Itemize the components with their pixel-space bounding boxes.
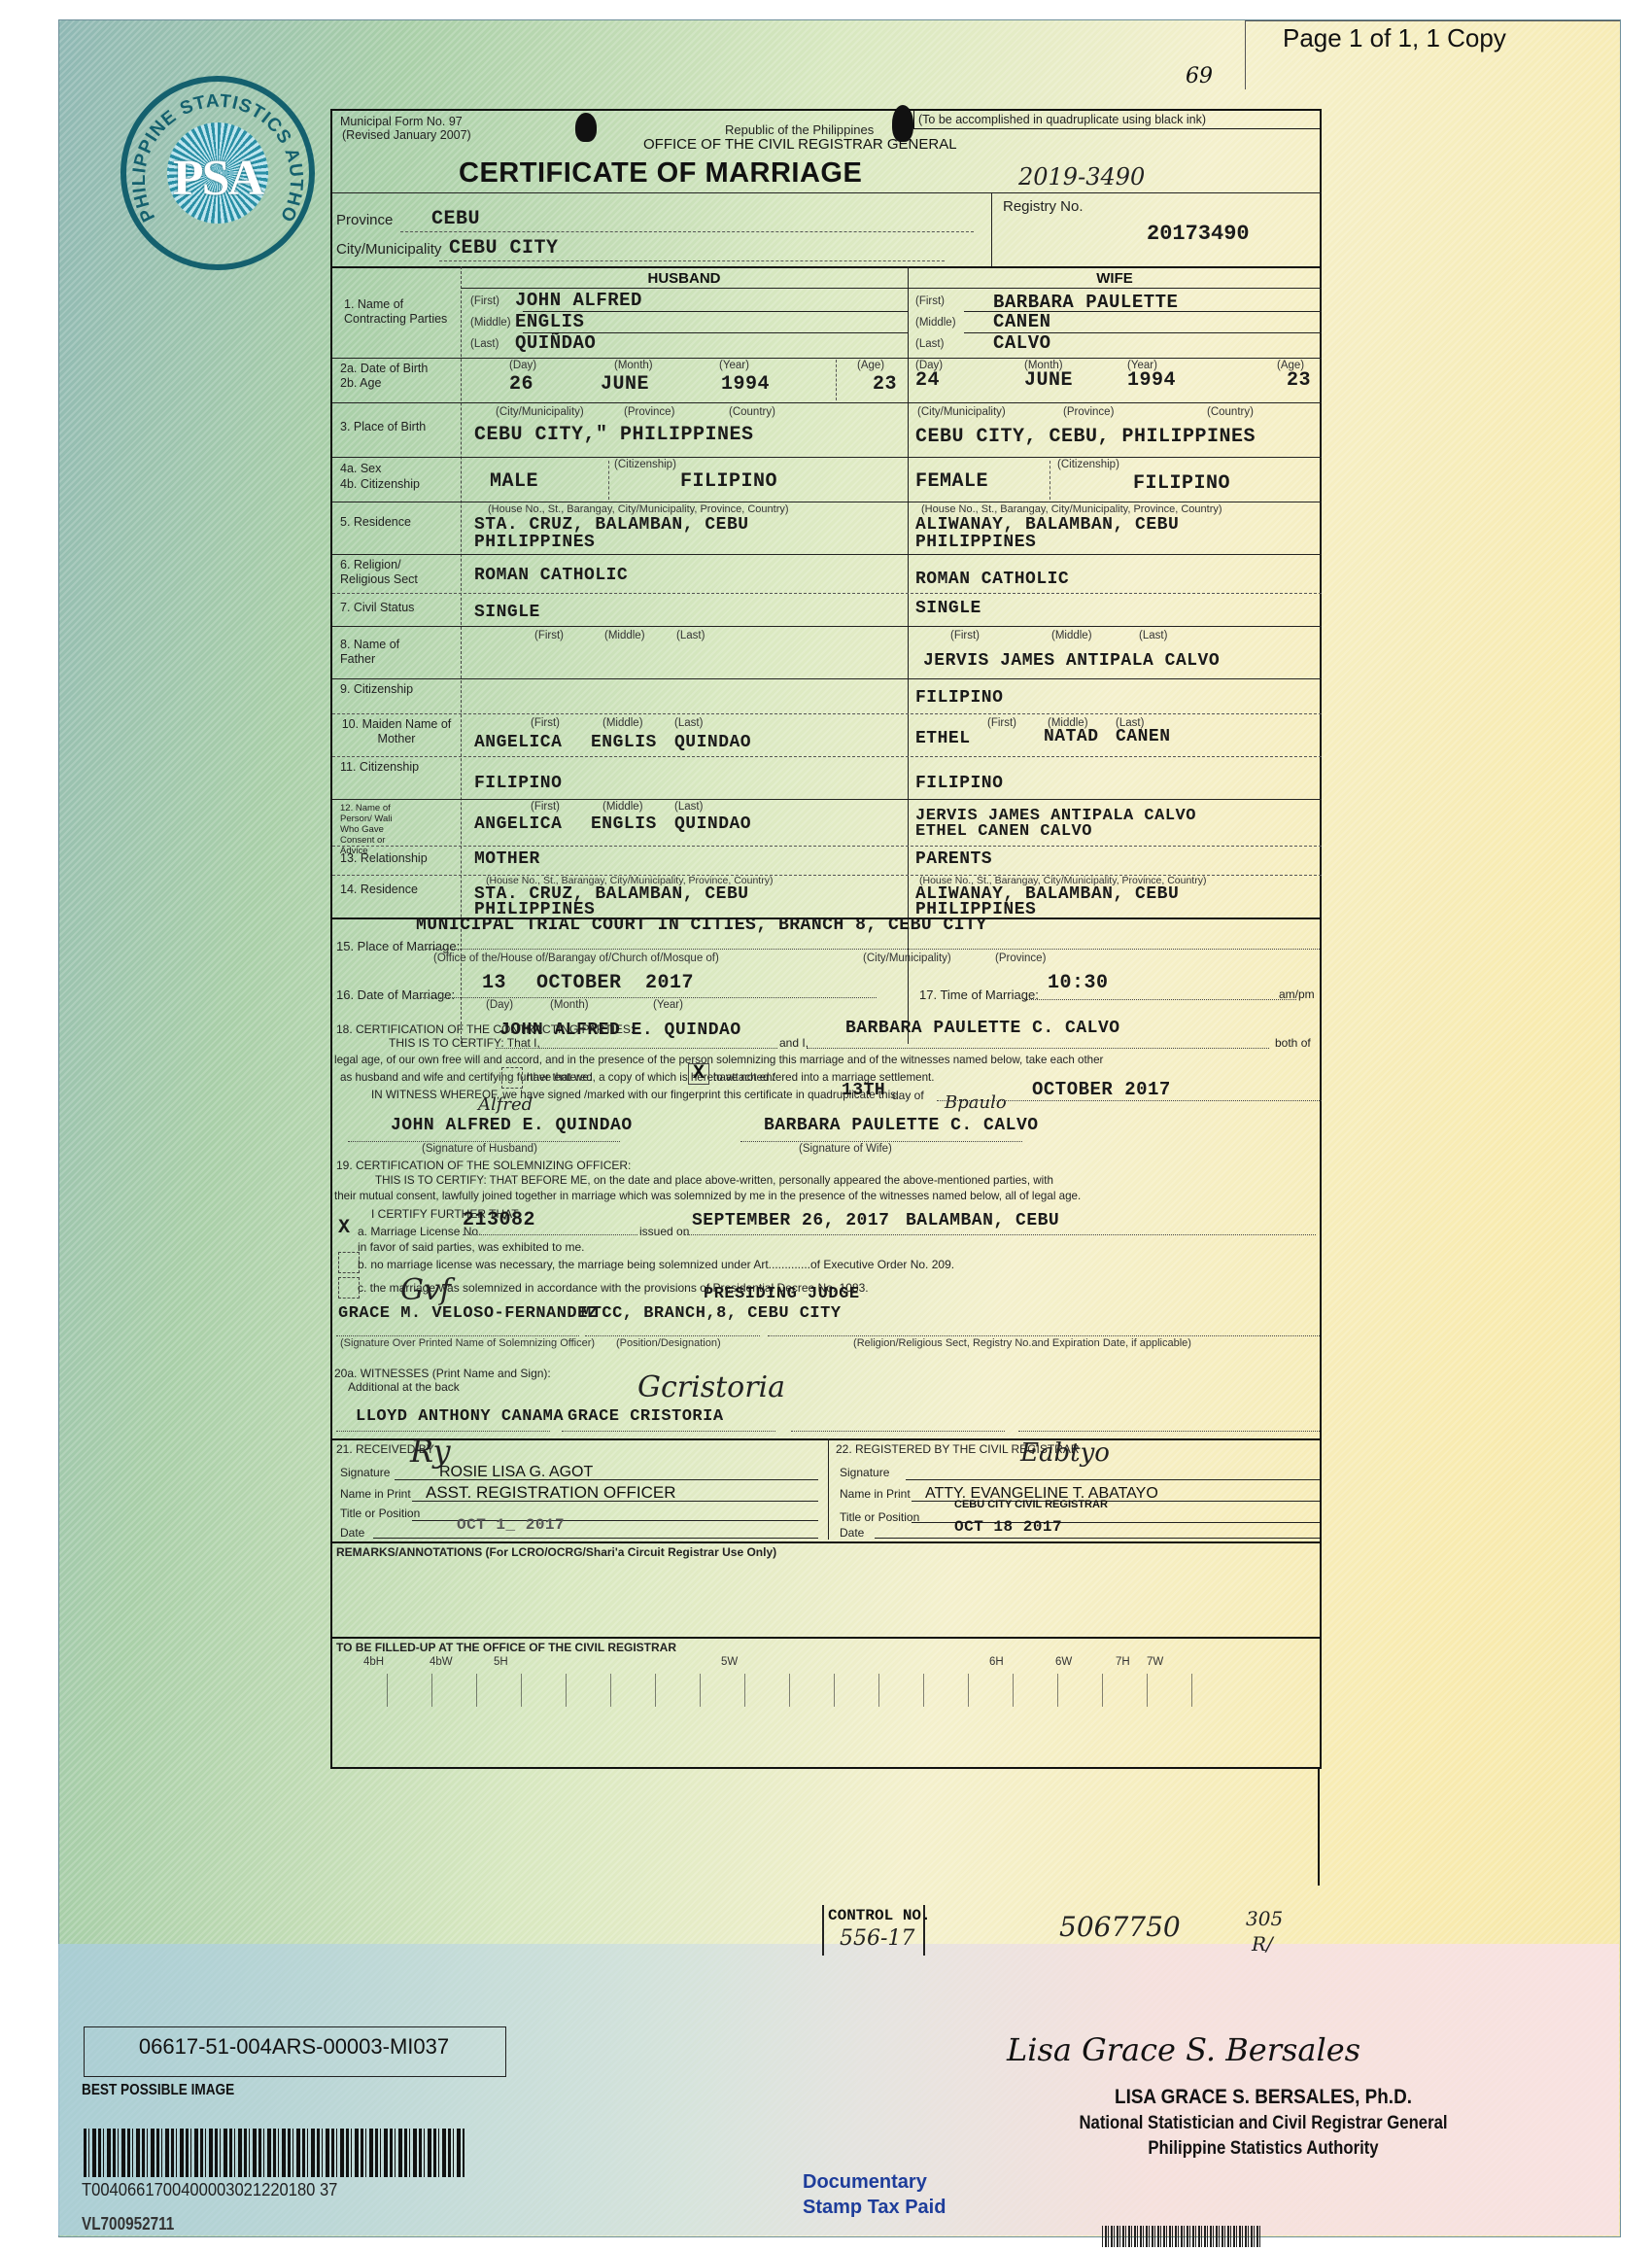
certification18-line3c: have not entered into a marriage settlem… bbox=[713, 1071, 935, 1085]
first-sub: (First) bbox=[534, 630, 564, 641]
certification18-line2: legal age, of our own free will and acco… bbox=[334, 1054, 1322, 1067]
first-sub: (First) bbox=[950, 630, 980, 641]
office-label: OFFICE OF THE CIVIL REGISTRAR GENERAL bbox=[643, 136, 957, 153]
first-sub: (First) bbox=[531, 717, 560, 729]
marriage-month: OCTOBER bbox=[536, 972, 622, 994]
husband-sex: MALE bbox=[490, 470, 538, 493]
civil-status-label: 7. Civil Status bbox=[340, 601, 414, 614]
citizenship-sub: (Citizenship) bbox=[1057, 459, 1119, 470]
handwritten-reference: 2019-3490 bbox=[1018, 163, 1145, 190]
consent-label: 12. Name of Person/ Wali Who Gave Consen… bbox=[340, 803, 412, 856]
residence-sub: (House No., St., Barangay, City/Municipa… bbox=[488, 503, 789, 515]
code-6w: 6W bbox=[1055, 1656, 1072, 1668]
witnesses-additional: Additional at the back bbox=[348, 1380, 460, 1394]
wife-dob-day: 24 bbox=[915, 369, 940, 392]
husband-signature-name: JOHN ALFRED E. QUINDAO bbox=[391, 1116, 633, 1135]
place-sub-city: (City/Municipality) bbox=[863, 952, 951, 964]
place-of-marriage-label: 15. Place of Marriage: bbox=[336, 939, 460, 953]
registered-date: OCT 18 2017 bbox=[954, 1518, 1062, 1536]
marriage-year: 2017 bbox=[645, 972, 694, 994]
last-sub: (Last) bbox=[674, 801, 703, 813]
officer-signature: Gvf bbox=[400, 1273, 451, 1307]
seal-monogram: PSA bbox=[159, 150, 276, 207]
code-5w: 5W bbox=[721, 1656, 738, 1668]
registered-title-label: Title or Position bbox=[840, 1510, 919, 1524]
husband-residence-2: PHILIPPINES bbox=[474, 533, 595, 552]
wife-middle-name: CANEN bbox=[993, 311, 1051, 332]
control-number-value: 5067750 bbox=[1059, 1911, 1181, 1943]
first-sub: (First) bbox=[987, 717, 1016, 729]
place-of-marriage-value: MUNICIPAL TRIAL COURT IN CITIES, BRANCH … bbox=[416, 916, 987, 935]
year-sub: (Year) bbox=[719, 360, 749, 371]
barcode-number: T0040661700400003021220180 37 bbox=[82, 2180, 337, 2200]
wife-dob-year: 1994 bbox=[1127, 369, 1176, 392]
husband-mother-first: ANGELICA bbox=[474, 733, 562, 752]
witnesses-label: 20a. WITNESSES (Print Name and Sign): bbox=[334, 1367, 551, 1380]
husband-citizenship: FILIPINO bbox=[680, 470, 777, 493]
reference-code: 06617-51-004ARS-00003-MI037 bbox=[84, 2034, 504, 2060]
registered-title: CEBU CITY CIVIL REGISTRAR bbox=[954, 1499, 1108, 1510]
civil-registrar-use-heading: TO BE FILLED-UP AT THE OFFICE OF THE CIV… bbox=[336, 1641, 676, 1654]
page-count: Page 1 of 1, 1 Copy bbox=[1283, 23, 1506, 53]
day-sub: (Day) bbox=[509, 360, 536, 371]
officer-signature-label: (Signature Over Printed Name of Solemniz… bbox=[340, 1337, 595, 1349]
vl-code: VL700952711 bbox=[82, 2214, 174, 2234]
form-number: Municipal Form No. 97 bbox=[340, 115, 463, 128]
wife-mother-last: CANEN bbox=[1116, 727, 1171, 746]
issued-on-value: SEPTEMBER 26, 2017 bbox=[692, 1211, 889, 1230]
city-sub: (City/Municipality) bbox=[496, 406, 584, 418]
license-continued: in favor of said parties, was exhibited … bbox=[358, 1240, 584, 1254]
name-label: 1. Name of Contracting Parties bbox=[344, 297, 451, 327]
husband-first-name: JOHN ALFRED bbox=[515, 290, 642, 311]
husband-residence-1: STA. CRUZ, BALAMBAN, CEBU bbox=[474, 515, 749, 535]
middle-sub: (Middle) bbox=[1051, 630, 1092, 641]
issued-at-value: BALAMBAN, CEBU bbox=[906, 1211, 1059, 1230]
day-sub: (Day) bbox=[486, 999, 513, 1011]
husband-consent-last: QUINDAO bbox=[674, 814, 751, 834]
received-signature-label: Signature bbox=[340, 1466, 390, 1479]
received-date: OCT 1_ 2017 bbox=[457, 1516, 565, 1534]
day-of-label: day of bbox=[892, 1089, 924, 1102]
residence-label: 5. Residence bbox=[340, 515, 411, 529]
control-number-label: CONTROL NO. bbox=[828, 1907, 931, 1924]
husband-signature: Alfred bbox=[478, 1094, 533, 1115]
wife-consent-2: ETHEL CANEN CALVO bbox=[915, 822, 1092, 841]
marriage-day: 13 bbox=[482, 972, 506, 994]
last-sub: (Last) bbox=[674, 717, 703, 729]
city-value: CEBU CITY bbox=[449, 237, 559, 260]
wife-pob: CEBU CITY, CEBU, PHILIPPINES bbox=[915, 426, 1256, 448]
received-title: ASST. REGISTRATION OFFICER bbox=[426, 1483, 676, 1503]
wife-relationship: PARENTS bbox=[915, 849, 992, 869]
country-sub: (Country) bbox=[1207, 406, 1254, 418]
husband-last-name: QUIÑDAO bbox=[515, 332, 596, 354]
signatory-signature: Lisa Grace S. Bersales bbox=[1007, 2031, 1360, 2068]
best-possible-image-label: BEST POSSIBLE IMAGE bbox=[82, 2082, 234, 2099]
husband-religion: ROMAN CATHOLIC bbox=[474, 566, 628, 585]
husband-signature-label: (Signature of Husband) bbox=[422, 1143, 537, 1155]
registry-label: Registry No. bbox=[1003, 198, 1084, 215]
witness-2-name: GRACE CRISTORIA bbox=[568, 1407, 724, 1426]
age-sub: (Age) bbox=[857, 360, 884, 371]
husband-consent-first: ANGELICA bbox=[474, 814, 562, 834]
pd1083-checkbox[interactable] bbox=[338, 1277, 360, 1299]
received-date-label: Date bbox=[340, 1526, 364, 1540]
psa-seal-icon: PHILIPPINE STATISTICS AUTHORITY PSA bbox=[120, 76, 315, 270]
wife-mother-first: ETHEL bbox=[915, 729, 971, 748]
husband-civil-status: SINGLE bbox=[474, 603, 540, 622]
religion-label: 6. Religion/ Religious Sect bbox=[340, 558, 447, 587]
registered-signature: Eabtyo bbox=[1020, 1438, 1110, 1468]
no-license-label: b. no marriage license was necessary, th… bbox=[358, 1258, 954, 1271]
last-sub: (Last) bbox=[915, 338, 944, 350]
wife-sex: FEMALE bbox=[915, 470, 988, 493]
certificate-form: Municipal Form No. 97 (Revised January 2… bbox=[330, 109, 1322, 1769]
certification19-line2: their mutual consent, lawfully joined to… bbox=[334, 1190, 1081, 1203]
code-7w: 7W bbox=[1147, 1656, 1163, 1668]
both-of-label: both of bbox=[1275, 1036, 1311, 1050]
province-value: CEBU bbox=[431, 208, 480, 230]
form-edge-line bbox=[1318, 1769, 1320, 1886]
wife-civil-status: SINGLE bbox=[915, 599, 981, 618]
small-barcode-icon bbox=[1102, 2226, 1262, 2247]
year-sub: (Year) bbox=[653, 999, 683, 1011]
certify-wife-name: BARBARA PAULETTE C. CALVO bbox=[845, 1019, 1120, 1038]
control-note-1: 305 bbox=[1246, 1907, 1283, 1930]
dob-label: 2a. Date of Birth2b. Age bbox=[340, 362, 428, 391]
middle-sub: (Middle) bbox=[915, 317, 956, 329]
code-4bw: 4bW bbox=[430, 1656, 453, 1668]
month-sub: (Month) bbox=[614, 360, 653, 371]
wife-religion: ROMAN CATHOLIC bbox=[915, 570, 1069, 589]
mother-label: 10. Maiden Name of Mother bbox=[338, 717, 455, 746]
settlement-not-entered-checkbox[interactable]: X bbox=[688, 1063, 709, 1085]
received-name-label: Name in Print bbox=[340, 1487, 411, 1501]
republic-label: Republic of the Philippines bbox=[725, 122, 874, 137]
sex-label: 4a. Sex4b. Citizenship bbox=[340, 461, 420, 492]
signatory-title: National Statistician and Civil Registra… bbox=[1032, 2113, 1494, 2134]
first-sub: (First) bbox=[470, 295, 499, 307]
hole-punch-left-icon bbox=[575, 113, 597, 142]
remarks-heading: REMARKS/ANNOTATIONS (For LCRO/OCRG/Shari… bbox=[336, 1545, 776, 1559]
day-of-value: 13TH bbox=[842, 1081, 885, 1100]
consent-residence-label: 14. Residence bbox=[340, 883, 418, 896]
residence-sub: (House No., St., Barangay, City/Municipa… bbox=[921, 503, 1222, 515]
city-sub: (City/Municipality) bbox=[917, 406, 1006, 418]
certify-husband-name: JOHN ALFRED E. QUINDAO bbox=[499, 1021, 741, 1040]
last-sub: (Last) bbox=[676, 630, 705, 641]
wife-age: 23 bbox=[1287, 369, 1311, 392]
husband-dob-day: 26 bbox=[509, 373, 533, 396]
certification19-heading: 19. CERTIFICATION OF THE SOLEMNIZING OFF… bbox=[336, 1159, 631, 1172]
wife-header: WIFE bbox=[908, 270, 1322, 287]
father-citizenship-label: 9. Citizenship bbox=[340, 682, 413, 696]
first-sub: (First) bbox=[915, 295, 945, 307]
wife-father-name: JERVIS JAMES ANTIPALA CALVO bbox=[923, 651, 1220, 671]
registered-name-label: Name in Print bbox=[840, 1487, 911, 1501]
officer-name: GRACE M. VELOSO-FERNANDEZ bbox=[338, 1304, 599, 1323]
time-of-marriage-label: 17. Time of Marriage: bbox=[919, 987, 1039, 1002]
handwritten-note: 69 bbox=[1186, 64, 1213, 88]
code-4bh: 4bH bbox=[363, 1656, 384, 1668]
relationship-label: 13. Relationship bbox=[340, 851, 428, 865]
wife-dob-month: JUNE bbox=[1024, 369, 1073, 392]
province-sub: (Province) bbox=[1063, 406, 1114, 418]
wife-mother-citizenship: FILIPINO bbox=[915, 774, 1003, 793]
license-checkbox-mark[interactable]: X bbox=[338, 1217, 351, 1239]
received-signature: Ry bbox=[410, 1433, 451, 1470]
remarks-area[interactable] bbox=[332, 1559, 1322, 1637]
husband-age: 23 bbox=[873, 373, 897, 396]
husband-mother-last: QUINDAO bbox=[674, 733, 751, 752]
ampm-label: am/pm bbox=[1279, 987, 1315, 1001]
last-sub: (Last) bbox=[1139, 630, 1167, 641]
mother-citizenship-label: 11. Citizenship bbox=[340, 760, 419, 774]
city-label: City/Municipality bbox=[336, 241, 441, 258]
wife-residence-2: PHILIPPINES bbox=[915, 533, 1036, 552]
wife-citizenship: FILIPINO bbox=[1133, 472, 1230, 495]
husband-dob-year: 1994 bbox=[721, 373, 770, 396]
middle-sub: (Middle) bbox=[470, 317, 511, 329]
wife-signature-name: BARBARA PAULETTE C. CALVO bbox=[764, 1116, 1039, 1135]
pob-label: 3. Place of Birth bbox=[340, 420, 426, 433]
form-revised: (Revised January 2007) bbox=[342, 128, 471, 142]
middle-sub: (Middle) bbox=[602, 801, 643, 813]
time-of-marriage-value: 10:30 bbox=[1048, 972, 1109, 994]
last-sub: (Last) bbox=[470, 338, 499, 350]
code-6h: 6H bbox=[989, 1656, 1004, 1668]
documentary-stamp: Documentary Stamp Tax Paid bbox=[803, 2169, 946, 2220]
province-sub: (Province) bbox=[624, 406, 674, 418]
husband-relationship: MOTHER bbox=[474, 849, 540, 869]
middle-sub: (Middle) bbox=[602, 717, 643, 729]
page-title: CERTIFICATE OF MARRIAGE bbox=[459, 157, 862, 190]
license-number: 213082 bbox=[463, 1209, 535, 1231]
control-note-2: R/ bbox=[1252, 1932, 1273, 1956]
code-5h: 5H bbox=[494, 1656, 508, 1668]
wife-signature: Bpaulo bbox=[945, 1092, 1007, 1113]
witness-whereof: IN WITNESS WHEREOF, we have signed /mark… bbox=[371, 1089, 896, 1102]
wife-signature-label: (Signature of Wife) bbox=[799, 1143, 892, 1155]
registered-signature-label: Signature bbox=[840, 1466, 889, 1479]
registered-date-label: Date bbox=[840, 1526, 864, 1540]
position-label: (Position/Designation) bbox=[616, 1337, 721, 1349]
wife-first-name: BARBARA PAULETTE bbox=[993, 292, 1178, 313]
father-label: 8. Name of Father bbox=[340, 638, 437, 667]
wife-father-citizenship: FILIPINO bbox=[915, 688, 1003, 708]
no-license-checkbox[interactable] bbox=[338, 1252, 360, 1273]
witness-2-signature: Gcristoria bbox=[637, 1370, 785, 1404]
officer-position-1: PRESIDING JUDGE bbox=[704, 1285, 860, 1303]
issued-on-label: issued on bbox=[639, 1225, 689, 1238]
control-number-handwritten: 556-17 bbox=[840, 1926, 914, 1951]
witness-1-name: LLOYD ANTHONY CANAMA bbox=[356, 1407, 564, 1426]
officer-position-2: MTCC, BRANCH,8, CEBU CITY bbox=[581, 1304, 842, 1323]
country-sub: (Country) bbox=[729, 406, 775, 418]
husband-mother-middle: ENGLIS bbox=[591, 733, 657, 752]
husband-consent-middle: ENGLIS bbox=[591, 814, 657, 834]
first-sub: (First) bbox=[531, 801, 560, 813]
place-sub-office: (Office of the/House of/Barangay of/Chur… bbox=[433, 952, 719, 964]
received-title-label: Title or Position bbox=[340, 1506, 420, 1520]
middle-sub: (Middle) bbox=[604, 630, 645, 641]
husband-dob-month: JUNE bbox=[601, 373, 649, 396]
and-i-label: and I, bbox=[779, 1036, 809, 1050]
code-grid bbox=[352, 1674, 1207, 1707]
instruction-note: (To be accomplished in quadruplicate usi… bbox=[913, 111, 1322, 129]
wife-residence-1: ALIWANAY, BALAMBAN, CEBU bbox=[915, 515, 1179, 535]
certification19-line1: THIS IS TO CERTIFY: THAT BEFORE ME, on t… bbox=[375, 1174, 1053, 1188]
month-year-value: OCTOBER 2017 bbox=[1032, 1079, 1171, 1100]
religion-registry-label: (Religion/Religious Sect, Registry No.an… bbox=[847, 1337, 1197, 1349]
citizenship-sub: (Citizenship) bbox=[614, 459, 676, 470]
husband-middle-name: ENGLIS bbox=[515, 311, 584, 332]
husband-header: HUSBAND bbox=[461, 270, 908, 287]
settlement-entered-checkbox[interactable] bbox=[501, 1067, 523, 1089]
signatory-organization: Philippine Statistics Authority bbox=[1032, 2138, 1494, 2160]
code-7h: 7H bbox=[1116, 1656, 1130, 1668]
wife-last-name: CALVO bbox=[993, 332, 1051, 354]
place-sub-province: (Province) bbox=[995, 952, 1046, 964]
barcode-icon bbox=[84, 2129, 465, 2177]
husband-pob: CEBU CITY," PHILIPPINES bbox=[474, 424, 754, 446]
month-sub: (Month) bbox=[550, 999, 589, 1011]
signatory-name: LISA GRACE S. BERSALES, Ph.D. bbox=[1027, 2086, 1499, 2109]
registry-number: 20173490 bbox=[1147, 222, 1250, 246]
date-of-marriage-label: 16. Date of Marriage: bbox=[336, 987, 455, 1002]
husband-mother-citizenship: FILIPINO bbox=[474, 774, 562, 793]
wife-mother-middle: NATAD bbox=[1044, 727, 1099, 746]
province-label: Province bbox=[336, 212, 393, 228]
